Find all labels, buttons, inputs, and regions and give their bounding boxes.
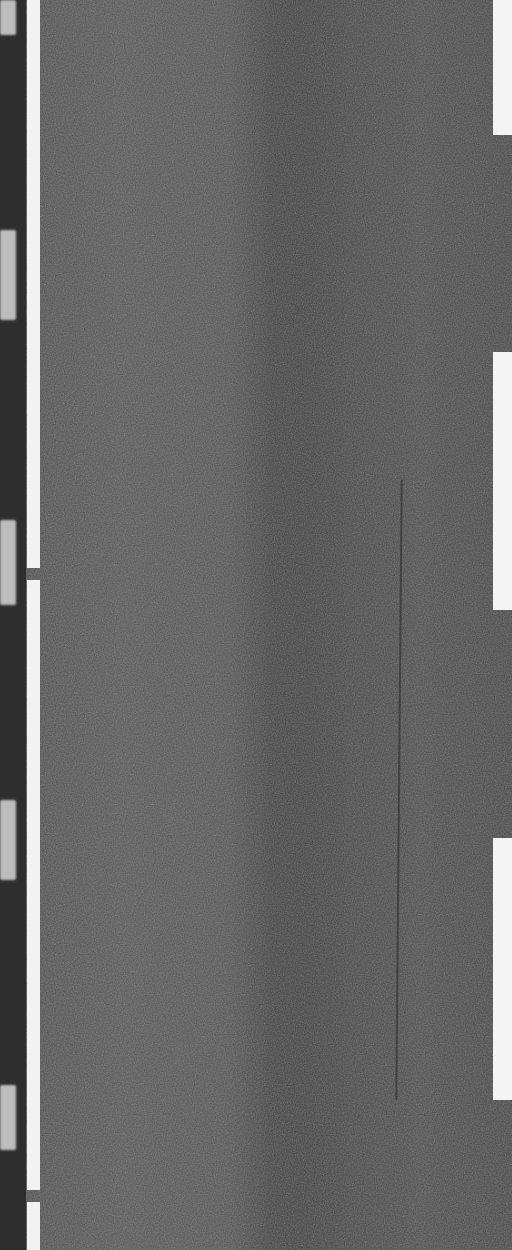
lane-dash [493, 838, 512, 1100]
asphalt-texture [0, 0, 512, 1250]
left-shoulder [0, 0, 26, 1250]
lane-dash [493, 0, 512, 135]
edge-line-segment [27, 0, 40, 568]
lane-dash [493, 352, 512, 610]
shoulder-patch [0, 230, 16, 320]
shoulder-patch [0, 800, 16, 880]
edge-line-segment [27, 580, 40, 1190]
shoulder-patch [0, 520, 16, 605]
shoulder-patch [0, 1085, 16, 1150]
shoulder-patch [0, 0, 16, 35]
edge-line-segment [27, 1202, 40, 1250]
